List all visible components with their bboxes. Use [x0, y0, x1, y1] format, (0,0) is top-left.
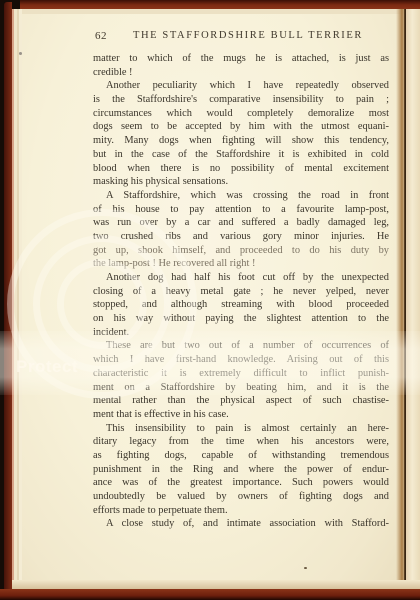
page-stack-edge: [12, 9, 22, 586]
text-line: the lamp-post ! He recovered all right !: [93, 257, 389, 271]
text-line: as fighting dogs, capable of withstandin…: [93, 449, 389, 463]
page-bottom-edge: [12, 580, 420, 589]
body-text: matter to which of the mugs he is attach…: [93, 52, 389, 531]
text-line: A Staffordshire, which was crossing the …: [93, 189, 389, 203]
text-line: This insensibility to pain is almost cer…: [93, 422, 389, 436]
book-right-edge: [406, 9, 420, 586]
text-line: but in the case of the Staffordshire it …: [93, 148, 389, 162]
scanned-book-photo: 62 THE STAFFORDSHIRE BULL TERRIER matter…: [0, 0, 420, 600]
page-number: 62: [95, 30, 107, 42]
text-line: on his way without paying the slightest …: [93, 312, 389, 326]
text-line: incident.: [93, 326, 389, 340]
text-line: characteristic it is extremely difficult…: [93, 367, 389, 381]
text-line: masking his physical sensations.: [93, 175, 389, 189]
text-line: ditary legacy from the time when his anc…: [93, 435, 389, 449]
scan-speck: [304, 567, 307, 569]
text-line: Another dog had half his foot cut off by…: [93, 271, 389, 285]
text-line: stopped, and although streaming with blo…: [93, 298, 389, 312]
text-line: undoubtedly be valued by owners of fight…: [93, 490, 389, 504]
text-line: efforts made to perpetuate them.: [93, 504, 389, 518]
scan-speck: [19, 52, 22, 55]
text-line: was run over by a car and suffered a bad…: [93, 216, 389, 230]
text-line: closing of a heavy metal gate ; he never…: [93, 285, 389, 299]
page-header: 62 THE STAFFORDSHIRE BULL TERRIER: [93, 30, 389, 46]
text-line: is the Staffordshire's comparative insen…: [93, 93, 389, 107]
text-line: mity. Many dogs when fighting will show …: [93, 134, 389, 148]
text-line: These are but two out of a number of occ…: [93, 339, 389, 353]
page-gutter-shadow: [396, 9, 406, 580]
text-line: got up, shook himself, and proceeded to …: [93, 244, 389, 258]
text-line: circumstances which would completely dem…: [93, 107, 389, 121]
text-line: Another peculiarity which I have repeate…: [93, 79, 389, 93]
text-line: dogs seem to be accepted by him with the…: [93, 120, 389, 134]
running-title: THE STAFFORDSHIRE BULL TERRIER: [93, 30, 389, 41]
text-line: A close study of, and intimate associati…: [93, 517, 389, 531]
text-line: matter to which of the mugs he is attach…: [93, 52, 389, 66]
book-cover-top-edge: [20, 0, 420, 9]
book-page: 62 THE STAFFORDSHIRE BULL TERRIER matter…: [22, 14, 404, 580]
book-cover-bottom-edge: [0, 589, 420, 600]
text-line: which I have first-hand knowledge. Arisi…: [93, 353, 389, 367]
text-line: mental rather than the physical aspect o…: [93, 394, 389, 408]
text-line: two crushed ribs and various gory minor …: [93, 230, 389, 244]
text-line: ance was of the greatest importance. Suc…: [93, 476, 389, 490]
text-line: ment on a Staffordshire by beating him, …: [93, 381, 389, 395]
text-line: ment that is effective in his case.: [93, 408, 389, 422]
text-line: punishment in the Ring and where the pow…: [93, 463, 389, 477]
text-line: of his house to pay attention to a favou…: [93, 203, 389, 217]
text-line: blood when there is no possibility of me…: [93, 162, 389, 176]
book-cover-left-edge: [4, 2, 12, 596]
text-line: credible !: [93, 66, 389, 80]
